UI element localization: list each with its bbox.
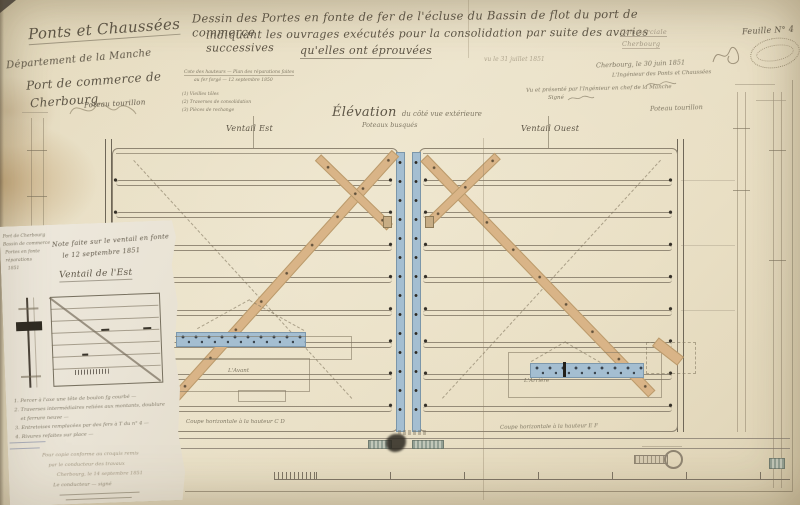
bolt-detail-caption-scribble — [642, 446, 682, 447]
corner-pencil-note1: Commerciale — [620, 28, 667, 37]
inset-pencil-line: par le conducteur des travaux — [48, 461, 124, 469]
scanned-drawing-sheet: Ponts et Chaussées Département de la Man… — [0, 0, 800, 505]
projection-line — [681, 180, 735, 181]
legend-intro2: au fer forgé — 12 septembre 1850 — [194, 78, 273, 83]
right-detail-line — [773, 92, 774, 488]
avant-label: L'Avant — [228, 368, 249, 374]
inset-post-line — [26, 298, 31, 388]
engineer-line: L'Ingénieur des Ponts et Chaussées — [612, 69, 712, 78]
legend-item-1: (1) Vieilles tôles — [182, 92, 219, 97]
inset-post-tick — [18, 307, 38, 310]
scale-bar-major-ticks — [316, 472, 764, 479]
scale-bar-fine-ticks — [274, 472, 316, 479]
inset-sketch-mark — [143, 327, 151, 329]
elevation-sub: du côté vue extérieure — [402, 110, 482, 118]
official-stamp-inner — [755, 42, 795, 64]
paraph-squiggle — [710, 42, 748, 68]
inset-corner-note: Portes en fonte — [5, 249, 40, 255]
inset-sketch-mark — [82, 353, 88, 355]
elevation-word: Élévation — [332, 105, 397, 120]
sheet-border-right — [792, 80, 793, 492]
inset-pencil-line: Cherbourg, le 14 septembre 1851 — [57, 470, 143, 478]
beam-line — [423, 342, 672, 348]
coupe-cd-caption: Coupe horizontale à la hauteur C D — [186, 419, 285, 425]
beam-line — [116, 212, 392, 218]
mitre-post-bolts — [398, 160, 402, 426]
inset-pencil-line: Le conducteur — signé — [53, 481, 112, 488]
inset-post-tick — [21, 375, 41, 378]
right-detail-tick — [733, 190, 750, 191]
right-detail-line — [737, 92, 738, 432]
strut-anchor-plate — [425, 216, 434, 228]
left-detail-tick — [27, 196, 47, 197]
fold-caption — [398, 430, 428, 435]
inset-sketch-mark — [101, 329, 109, 331]
inset-list-item: 3. Entretoises remplacées par des fers à… — [15, 420, 149, 431]
inset-corner-note: Port de Cherbourg — [3, 233, 46, 240]
elevation-label: Élévation du côté vue extérieure — [332, 101, 482, 120]
right-detail-line — [745, 92, 746, 432]
ventail-est-leader — [253, 116, 254, 148]
section-box-east-a — [168, 336, 352, 360]
beam-line — [423, 245, 672, 251]
poteau-tourillon-right-label: Poteau tourillon — [650, 103, 703, 113]
pencil-date-note: vu le 31 juillet 1851 — [484, 56, 545, 63]
inset-post-collar — [16, 321, 42, 331]
ventail-ouest-leader — [548, 116, 549, 148]
inset-bottom-scribble — [60, 492, 140, 496]
port-line: Port de commerce de — [26, 69, 162, 92]
legend-item-3: (3) Pièces de rechange — [182, 108, 234, 113]
right-detail-tick — [733, 128, 750, 129]
right-detail-foot — [769, 458, 785, 469]
signed-label: Signé — [548, 95, 564, 101]
inset-corner-note: réparations — [5, 258, 32, 264]
poteaux-busques-label: Poteaux busqués — [362, 121, 418, 129]
inset-header2: le 12 septembre 1851 — [62, 246, 140, 260]
bolt-column — [668, 177, 673, 433]
drawing-title-line3: qu'elles ont éprouvées — [300, 44, 432, 59]
top-beam-inner-west — [423, 153, 672, 154]
section-box-east-b — [168, 358, 310, 392]
mitre-post-bolts — [414, 160, 418, 426]
right-detail-tick — [769, 150, 786, 151]
right-hinge-post — [677, 139, 684, 432]
right-detail-line — [781, 92, 782, 488]
ventail-ouest-label: Ventail Ouest — [521, 124, 579, 133]
bolt-detail-eye — [664, 450, 683, 469]
inset-list-item: et ferrure neuve — — [21, 414, 69, 422]
inset-bottom-scribble — [66, 497, 132, 501]
projection-line — [681, 310, 735, 311]
inset-pencil-line: Pour copie conforme au croquis remis — [42, 450, 139, 458]
signed-squiggle — [566, 93, 596, 103]
scale-bar-baseline — [274, 479, 790, 480]
beam-line — [423, 310, 672, 316]
left-detail-caption-scribble — [22, 112, 48, 113]
sheet-border-bottom — [185, 491, 792, 492]
fold-crease — [483, 138, 484, 500]
blue-pencil-mark — [10, 447, 40, 449]
inset-post-line — [33, 298, 37, 388]
right-detail-caption-scribble — [756, 100, 786, 101]
left-detail-tick — [27, 150, 47, 151]
right-detail-tick — [769, 260, 786, 261]
arriere-label: L'Arrière — [524, 378, 549, 384]
official-stamp — [748, 34, 800, 72]
inset-title: Ventail de l'Est — [59, 268, 133, 283]
presented-line: Vu et présenté par l'Ingénieur en chef d… — [526, 84, 672, 94]
beam-line — [423, 212, 672, 218]
inset-list-item: 4. Rivures refaites sur place — — [15, 431, 93, 440]
bolt-detail-shaft — [634, 455, 668, 464]
ink-blot — [386, 434, 406, 452]
legend-item-2: (2) Traverses de consolidation — [182, 100, 251, 105]
fold-crease-top — [468, 0, 469, 58]
blue-pencil-mark — [10, 441, 46, 443]
projection-line — [681, 245, 735, 246]
inset-corner-note: 1851 — [8, 266, 20, 271]
section-box-east-c — [238, 390, 286, 402]
department-line: Département de la Manche — [6, 48, 152, 72]
beam-line — [423, 406, 672, 412]
strut-anchor-plate — [383, 216, 392, 228]
inset-corner-note: Bassin de commerce — [3, 241, 50, 248]
place-date: Cherbourg, le 30 juin 1851 — [596, 58, 685, 69]
right-detail-caption-scribble — [735, 84, 775, 85]
corner-pencil-note2: Cherbourg — [622, 40, 660, 49]
plan-iron-block — [412, 440, 444, 449]
service-title: Ponts et Chaussées — [27, 15, 180, 46]
ventail-est-label: Ventail Est — [226, 124, 273, 133]
inset-header1: Note faite sur le ventail en fonte — [52, 232, 170, 249]
legend-intro1: Cote des hauteurs — Plan des réparations… — [184, 70, 294, 76]
section-box-west — [508, 352, 662, 398]
top-beam-inner-east — [116, 153, 392, 154]
sheet-number: Feuille N° 4 — [742, 25, 795, 37]
attached-note-sheet: Port de Cherbourg Bassin de commerce Por… — [0, 220, 188, 505]
plan-band — [112, 438, 790, 449]
